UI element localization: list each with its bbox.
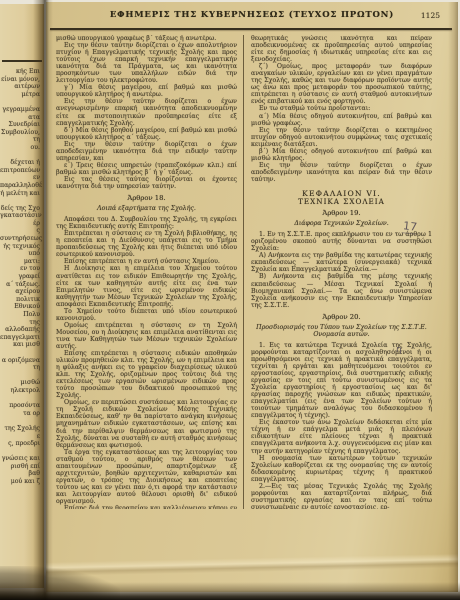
text-block: ζ΄) Ομοίως, προς μεταφοράν των διαφόρων … [251,63,432,105]
text-block: Α) Ανήκοντα εις την βαθμίδα της κατωτέρα… [251,252,432,273]
text-columns: μισθώ υπουργικού γραφέως β΄ τάξεως ή ανω… [56,35,432,509]
text-block: Β) Ανήκοντα εις βαθμίδα της μέσης τεχνικ… [251,273,432,308]
text-block: Εις την θέσιν ταύτην διορίζεται ο έχων α… [251,162,432,183]
text-block: Εις τας θέσεις ταύτας διορίζονται οι έχο… [56,176,237,190]
handwritten-annotation: η [396,345,402,355]
left-column: μισθώ υπουργικού γραφέως β΄ τάξεως ή ανω… [56,35,243,509]
text-block: Αποφάσει του Δ. Συμβουλίου της Σχολής, τ… [56,216,237,230]
text-block: Εις την θέσιν ταύτην διορίζεται ο έχων α… [56,141,237,162]
text-block: Το Χημείον τούτο διέπεται υπό ιδίου εσωτ… [56,308,237,322]
text-block: θεωρητικάς γνώσεις ικανότητα και πείραν … [251,35,432,63]
text-block: Εις την θέσιν ταύτην διορίζεται ο έχων α… [56,98,237,126]
text-block: Επιτρέπεται η σύστασις εν τη Σχολή βιβλι… [56,230,237,258]
text-block: Άρθρον 20. [251,314,432,321]
scanned-gazette-photo: κής Επι είναι μόνον, αιτέρων μέτρα γεγρα… [0,0,460,600]
page-title: ΕΦΗΜΕΡΙΣ ΤΗΣ ΚΥΒΕΡΝΗΣΕΩΣ (ΤΕΥΧΟΣ ΠΡΩΤΟΝ) [46,10,458,20]
text-block: Επίσης διά την θεραπείαν και καλλιέργεια… [56,505,237,509]
text-block: Ομοίως επιτρέπεται η σύστασις εν τη Σχολ… [56,322,237,350]
torn-page-edge [448,2,458,592]
text-block: δ΄) Μία θέσις βοηθού μαγείρου, επί βαθμώ… [56,127,237,141]
text-block: Τα έργα της εγκαταστάσεως και της λειτου… [56,449,237,505]
header-rule [50,28,452,30]
right-column: θεωρητικάς γνώσεις ικανότητα και πείραν … [243,35,432,509]
text-block: ΚΕΦΑΛΑΙΟΝ VI. [251,190,432,197]
text-block: Εις την θέσιν ταύτην διορίζεται ο έχων α… [56,42,237,84]
gazette-page: ΕΦΗΜΕΡΙΣ ΤΗΣ ΚΥΒΕΡΝΗΣΕΩΣ (ΤΕΥΧΟΣ ΠΡΩΤΟΝ)… [46,2,458,592]
text-block: Λοιπά εξαρτήματα της Σχολής. [56,205,237,212]
text-block: β΄) Μία θέσις οδηγού αυτοκινήτου επί βαθ… [251,148,432,162]
text-block: Επίσης επιτρέπεται η σύστασις ειδικών απ… [56,350,237,399]
page-number: 1125 [421,11,440,20]
page-bottom-shadow [0,582,460,600]
text-block: Προσδιορισμός του Τύπου των Σχολείων της… [251,324,432,338]
text-block: Εν τω σταθμώ τούτω προΐστανται: [251,105,432,112]
text-block: Εις έκαστον των άνω Σχολείων διδάσκεται … [251,419,432,454]
text-block: γ΄) Μία θέσις μαγείρου, επί βαθμώ και μι… [56,84,237,98]
text-block: Ομοίως, εν περιπτώσει συστάσεως και λειτ… [56,399,237,448]
page-gutter-shadow [33,0,53,600]
text-block: Η Διοίκησις και η επιμέλεια του Χημείου … [56,265,237,307]
page-header: ΕΦΗΜΕΡΙΣ ΤΗΣ ΚΥΒΕΡΝΗΣΕΩΣ (ΤΕΥΧΟΣ ΠΡΩΤΟΝ)… [46,10,458,28]
text-block: 1. Εις τα κατώτερα Τεχνικά Σχολεία της Σ… [251,342,432,420]
text-block: Εις την θέσιν ταύτην διορίζεται ο κεκτημ… [251,127,432,148]
text-block: 2.—Εις τας μέσας Τεχνικάς Σχολάς της Σχο… [251,483,432,509]
text-block: ΤΕΧΝΙΚΑ ΣΧΟΛΕΙΑ [251,198,432,205]
text-block: Άρθρον 19. [251,210,432,217]
text-block: μισθώ υπουργικού γραφέως β΄ τάξεως ή ανω… [56,35,237,42]
text-block: 1. Εν τη Σ.Σ.Τ.Ε. προς εκπλήρωσιν του εν… [251,231,432,252]
text-block: ε΄) Τρεις θέσεις υπηρετών (τραπεζοκόμων … [56,162,237,176]
handwritten-annotation: 17 [402,219,418,235]
text-block: Άρθρον 18. [56,195,237,202]
text-block: Η ονομασία των κατωτέρων τούτων τεχνικών… [251,455,432,483]
text-block: α΄) Μία θέσις οδηγού αυτοκινήτου, επί βα… [251,113,432,127]
